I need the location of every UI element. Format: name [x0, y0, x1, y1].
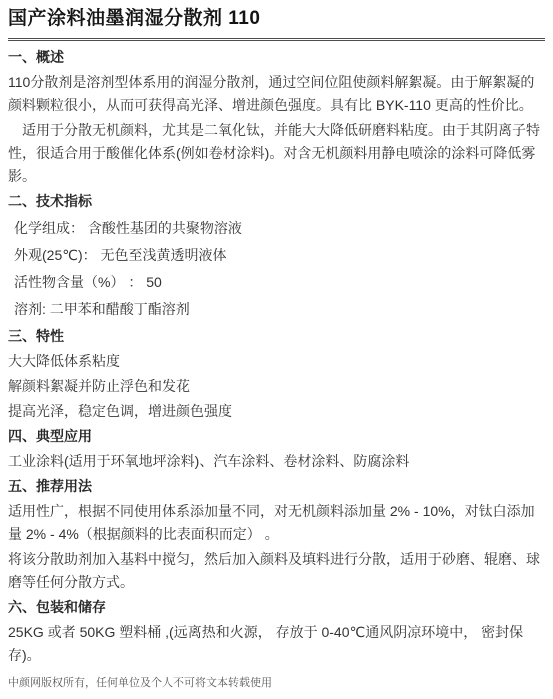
section-heading-overview: 一、概述: [8, 46, 545, 69]
spec-appearance: 外观(25℃)： 无色至浅黄透明液体: [8, 244, 545, 267]
section-technical-specs: 二、技术指标 化学组成： 含酸性基团的共聚物溶液 外观(25℃)： 无色至浅黄透…: [8, 190, 545, 321]
section-heading-packaging-storage: 六、包装和储存: [8, 596, 545, 619]
spec-chemical-composition: 化学组成： 含酸性基团的共聚物溶液: [8, 217, 545, 240]
page-title: 国产涂料油墨润湿分散剂 110: [8, 5, 545, 32]
applications-paragraph: 工业涂料(适用于环氧地坪涂料)、汽车涂料、卷材涂料、防腐涂料: [8, 450, 545, 473]
copyright-notice: 中颜网版权所有，任何单位及个人不可将文本转载使用: [8, 676, 545, 691]
feature-item: 解颜料絮凝并防止浮色和发花: [8, 375, 545, 398]
section-features: 三、特性 大大降低体系粘度 解颜料絮凝并防止浮色和发花 提高光泽，稳定色调，增进…: [8, 325, 545, 423]
section-heading-recommended-usage: 五、推荐用法: [8, 475, 545, 498]
packaging-paragraph: 25KG 或者 50KG 塑料桶 ,(远离热和火源， 存放于 0-40℃通风阴凉…: [8, 621, 545, 667]
section-heading-features: 三、特性: [8, 325, 545, 348]
feature-item: 提高光泽，稳定色调，增进颜色强度: [8, 400, 545, 423]
feature-item: 大大降低体系粘度: [8, 350, 545, 373]
spec-solvent: 溶剂: 二甲苯和醋酸丁酯溶剂: [8, 298, 545, 321]
section-heading-typical-applications: 四、典型应用: [8, 425, 545, 448]
usage-paragraph: 适用性广，根据不同使用体系添加量不同，对无机颜料添加量 2% - 10%，对钛白…: [8, 500, 545, 546]
overview-paragraph: 110分散剂是溶剂型体系用的润湿分散剂，通过空间位阻使颜料解絮凝。由于解絮凝的颜…: [8, 71, 545, 117]
title-separator: [8, 38, 545, 41]
section-overview: 一、概述 110分散剂是溶剂型体系用的润湿分散剂，通过空间位阻使颜料解絮凝。由于…: [8, 46, 545, 188]
section-typical-applications: 四、典型应用 工业涂料(适用于环氧地坪涂料)、汽车涂料、卷材涂料、防腐涂料: [8, 425, 545, 473]
section-packaging-storage: 六、包装和储存 25KG 或者 50KG 塑料桶 ,(远离热和火源， 存放于 0…: [8, 596, 545, 667]
section-recommended-usage: 五、推荐用法 适用性广，根据不同使用体系添加量不同，对无机颜料添加量 2% - …: [8, 475, 545, 594]
overview-paragraph: 适用于分散无机颜料，尤其是二氧化钛，并能大大降低研磨料粘度。由于其阴离子特性，很…: [8, 119, 545, 188]
section-heading-technical-specs: 二、技术指标: [8, 190, 545, 213]
spec-active-content: 活性物含量（%） ： 50: [8, 271, 545, 294]
usage-paragraph: 将该分散助剂加入基料中搅匀，然后加入颜料及填料进行分散，适用于砂磨、辊磨、球磨等…: [8, 548, 545, 594]
document-page: 国产涂料油墨润湿分散剂 110 一、概述 110分散剂是溶剂型体系用的润湿分散剂…: [0, 0, 553, 699]
